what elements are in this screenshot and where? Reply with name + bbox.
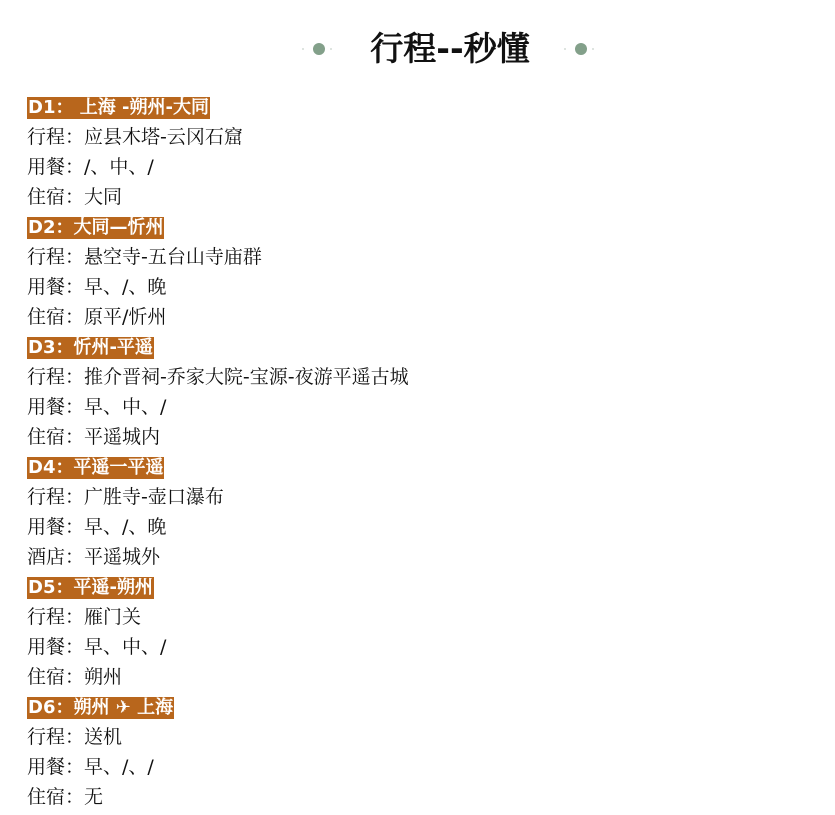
- itinerary-row: 行程：广胜寺-壶口瀑布: [27, 482, 817, 512]
- day-header: D6：朔州 ✈ 上海: [27, 697, 174, 719]
- meal-row: 用餐：/、中、/: [27, 152, 817, 182]
- row-value: 早、中、/: [84, 636, 166, 658]
- row-label: 住宿：: [27, 186, 84, 208]
- itinerary-row: 行程：送机: [27, 722, 817, 752]
- row-label: 住宿：: [27, 426, 84, 448]
- day-header-row: D6：朔州 ✈ 上海: [27, 692, 817, 722]
- row-value: 朔州: [84, 666, 122, 688]
- row-label: 用餐：: [27, 396, 84, 418]
- row-value: 送机: [84, 726, 122, 748]
- dot-icon: [592, 48, 594, 50]
- row-value: 应县木塔-云冈石窟: [84, 126, 243, 148]
- day-header: D3：忻州-平遥: [27, 337, 154, 359]
- row-value: 雁门关: [84, 606, 141, 628]
- meal-row: 用餐：早、/、晚: [27, 512, 817, 542]
- row-label: 用餐：: [27, 756, 84, 778]
- row-value: /、中、/: [84, 156, 154, 178]
- lodging-row: 住宿：原平/忻州: [27, 302, 817, 332]
- row-value: 早、/、/: [84, 756, 154, 778]
- meal-row: 用餐：早、/、/: [27, 752, 817, 782]
- meal-row: 用餐：早、/、晚: [27, 272, 817, 302]
- lodging-row: 住宿：大同: [27, 182, 817, 212]
- row-label: 行程：: [27, 366, 84, 388]
- row-value: 悬空寺-五台山寺庙群: [84, 246, 262, 268]
- title-dot-left-icon: [302, 42, 336, 56]
- row-value: 平遥城外: [84, 546, 160, 568]
- dot-icon: [302, 48, 304, 50]
- row-label: 住宿：: [27, 786, 84, 808]
- row-label: 行程：: [27, 246, 84, 268]
- row-label: 行程：: [27, 486, 84, 508]
- meal-row: 用餐：早、中、/: [27, 632, 817, 662]
- row-value: 早、/、晚: [84, 276, 166, 298]
- day-header-row: D2：大同—忻州: [27, 212, 817, 242]
- lodging-row: 住宿：平遥城内: [27, 422, 817, 452]
- row-value: 推介晋祠-乔家大院-宝源-夜游平遥古城: [84, 366, 409, 388]
- row-label: 用餐：: [27, 276, 84, 298]
- dot-icon: [564, 48, 566, 50]
- row-label: 住宿：: [27, 306, 84, 328]
- day-header-row: D4：平遥一平遥: [27, 452, 817, 482]
- meal-row: 用餐：早、中、/: [27, 392, 817, 422]
- row-value: 大同: [84, 186, 122, 208]
- row-label: 行程：: [27, 126, 84, 148]
- day-header: D1： 上海 -朔州-大同: [27, 97, 210, 119]
- itinerary-row: 行程：应县木塔-云冈石窟: [27, 122, 817, 152]
- row-label: 行程：: [27, 606, 84, 628]
- day-header-row: D3：忻州-平遥: [27, 332, 817, 362]
- dot-icon: [313, 43, 325, 55]
- row-label: 用餐：: [27, 636, 84, 658]
- title-dot-right-icon: [564, 42, 598, 56]
- dot-icon: [330, 48, 332, 50]
- hotel-row: 酒店：平遥城外: [27, 542, 817, 572]
- day-header-row: D5：平遥-朔州: [27, 572, 817, 602]
- itinerary-row: 行程：悬空寺-五台山寺庙群: [27, 242, 817, 272]
- row-label: 住宿：: [27, 666, 84, 688]
- itinerary-row: 行程：推介晋祠-乔家大院-宝源-夜游平遥古城: [27, 362, 817, 392]
- row-label: 用餐：: [27, 156, 84, 178]
- row-value: 原平/忻州: [84, 306, 166, 328]
- title-row: 行程--秒懂: [0, 26, 835, 72]
- row-label: 行程：: [27, 726, 84, 748]
- row-value: 早、/、晚: [84, 516, 166, 538]
- row-label: 用餐：: [27, 516, 84, 538]
- row-value: 平遥城内: [84, 426, 160, 448]
- itinerary: D1： 上海 -朔州-大同 行程：应县木塔-云冈石窟 用餐：/、中、/ 住宿：大…: [27, 92, 817, 812]
- day-header: D5：平遥-朔州: [27, 577, 154, 599]
- itinerary-row: 行程：雁门关: [27, 602, 817, 632]
- row-value: 广胜寺-壶口瀑布: [84, 486, 224, 508]
- page-title: 行程--秒懂: [370, 26, 529, 72]
- lodging-row: 住宿：无: [27, 782, 817, 812]
- dot-icon: [575, 43, 587, 55]
- day-header: D4：平遥一平遥: [27, 457, 164, 479]
- day-header: D2：大同—忻州: [27, 217, 164, 239]
- row-value: 早、中、/: [84, 396, 166, 418]
- day-header-row: D1： 上海 -朔州-大同: [27, 92, 817, 122]
- row-value: 无: [84, 786, 103, 808]
- lodging-row: 住宿：朔州: [27, 662, 817, 692]
- row-label: 酒店：: [27, 546, 84, 568]
